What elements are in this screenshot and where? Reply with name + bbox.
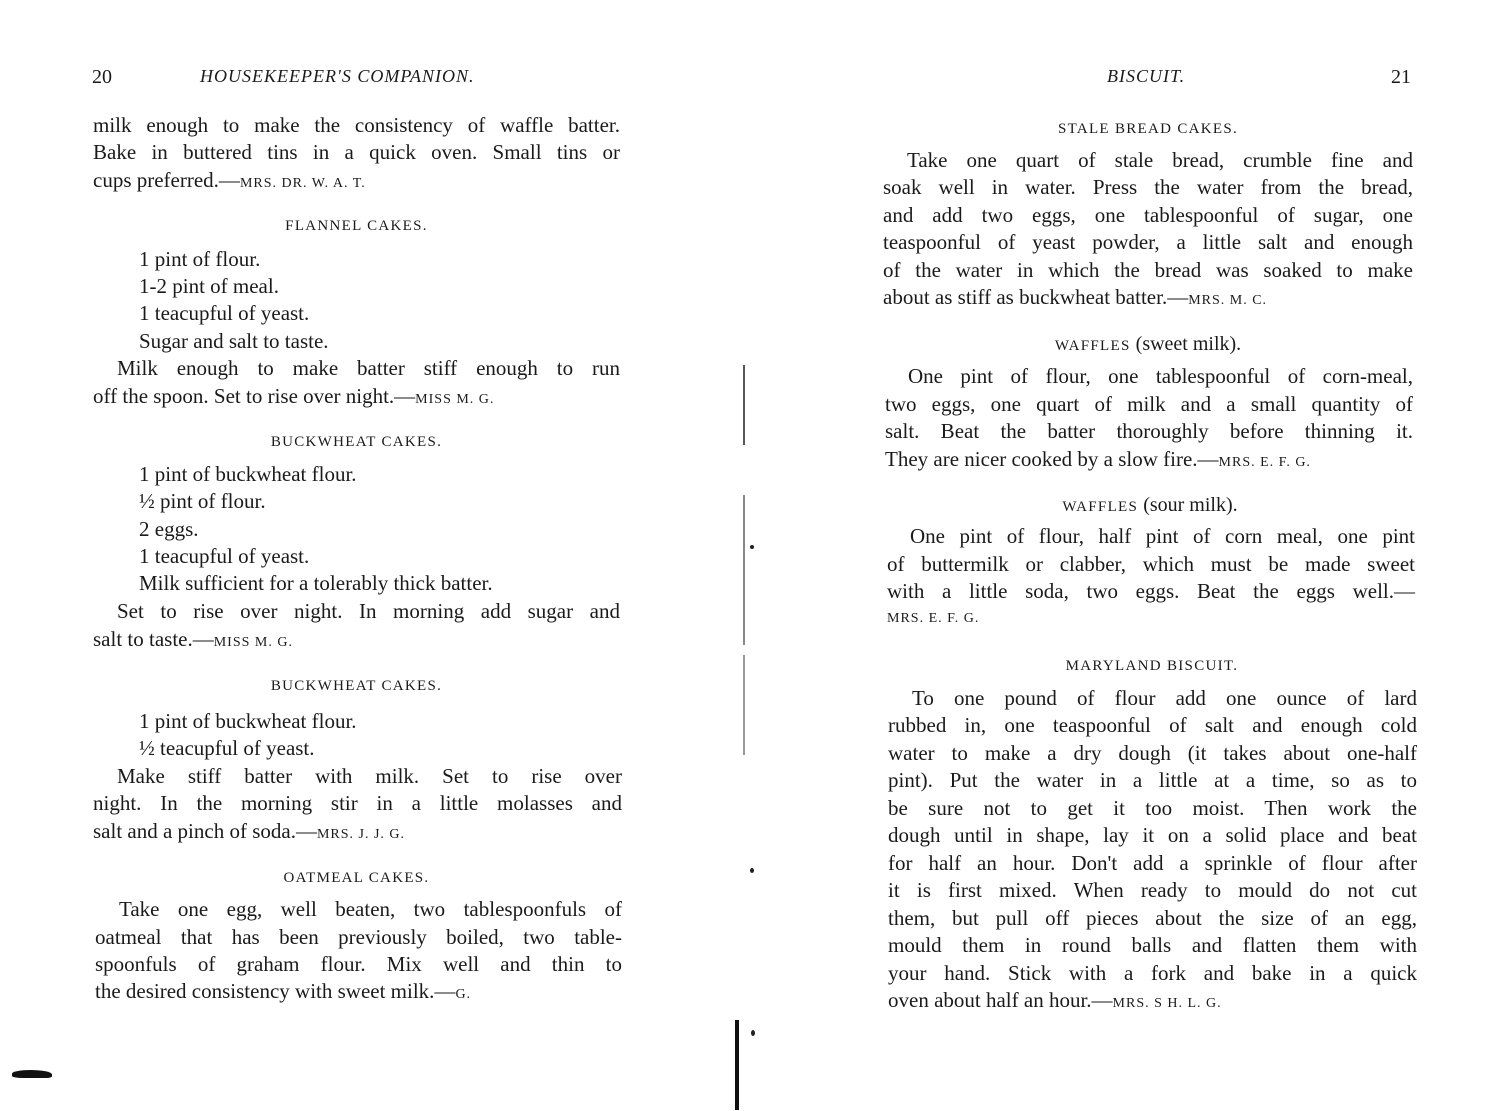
text-line: Take one quart of stale bread, crumble f… xyxy=(907,146,1413,174)
text-line: about as stiff as buckwheat batter.—MRS.… xyxy=(883,283,1267,315)
text-line: milk enough to make the consistency of w… xyxy=(93,111,620,139)
text-line: oven about half an hour.—MRS. S H. L. G. xyxy=(888,986,1222,1018)
gutter-line xyxy=(743,655,745,755)
text-line: cups preferred.—MRS. DR. W. A. T. xyxy=(93,166,366,198)
page-number: 21 xyxy=(1391,66,1411,89)
right-page: BISCUIT. 21 STALE BREAD CAKES. Take one … xyxy=(750,0,1500,1111)
text-line: pint). Put the water in a little at a ti… xyxy=(888,766,1417,794)
signature: MRS. E. F. G. xyxy=(887,605,979,633)
ingredient: 1-2 pint of meal. xyxy=(139,272,279,300)
recipe-title: WAFFLES (sour milk). xyxy=(885,494,1415,517)
ingredient: ½ pint of flour. xyxy=(139,487,266,515)
gutter-line xyxy=(743,365,745,445)
text-line: water to make a dry dough (it takes abou… xyxy=(888,739,1417,767)
text-line: oatmeal that has been previously boiled,… xyxy=(95,923,622,951)
signature: MRS. DR. W. A. T. xyxy=(240,176,366,191)
ingredient: 1 teacupful of yeast. xyxy=(139,299,309,327)
recipe-title: BUCKWHEAT CAKES. xyxy=(93,678,620,695)
gutter-line xyxy=(743,495,745,645)
text-line: your hand. Stick with a fork and bake in… xyxy=(888,959,1417,987)
recipe-title: FLANNEL CAKES. xyxy=(93,218,620,235)
running-head: BISCUIT. xyxy=(1107,66,1185,87)
text-line: the desired consistency with sweet milk.… xyxy=(95,977,471,1009)
text-line: Set to rise over night. In morning add s… xyxy=(117,597,620,625)
text-line: of buttermilk or clabber, which must be … xyxy=(887,550,1415,578)
text-line: of the water in which the bread was soak… xyxy=(883,256,1413,284)
text-line: with a little soda, two eggs. Beat the e… xyxy=(887,577,1415,605)
recipe-title: BUCKWHEAT CAKES. xyxy=(93,434,620,451)
text-line: One pint of flour, one tablespoonful of … xyxy=(908,362,1413,390)
ingredient: Sugar and salt to taste. xyxy=(139,327,329,355)
text-line: mould them in round balls and flatten th… xyxy=(888,931,1417,959)
ingredient: ½ teacupful of yeast. xyxy=(139,734,315,762)
left-page: 20 HOUSEKEEPER'S COMPANION. milk enough … xyxy=(0,0,740,1111)
signature: MRS. J. J. G. xyxy=(317,827,405,842)
text-line: They are nicer cooked by a slow fire.—MR… xyxy=(885,445,1311,477)
text-line: rubbed in, one teaspoonful of salt and e… xyxy=(888,711,1417,739)
text-line: it is first mixed. When ready to mould d… xyxy=(888,876,1417,904)
recipe-subtitle: (sweet milk). xyxy=(1136,333,1242,355)
ink-smudge xyxy=(12,1070,52,1078)
recipe-title: STALE BREAD CAKES. xyxy=(883,121,1413,138)
text-line: teaspoonful of yeast powder, a little sa… xyxy=(883,228,1413,256)
text-line: Milk enough to make batter stiff enough … xyxy=(117,354,620,382)
recipe-title: WAFFLES (sweet milk). xyxy=(883,333,1413,356)
gutter-line xyxy=(735,1020,739,1110)
ingredient: 1 pint of buckwheat flour. xyxy=(139,460,357,488)
text-line: salt. Beat the batter thoroughly before … xyxy=(885,417,1413,445)
ingredient: Milk sufficient for a tolerably thick ba… xyxy=(139,569,493,597)
signature: G. xyxy=(455,987,471,1002)
text-line: for half an hour. Don't add a sprinkle o… xyxy=(888,849,1417,877)
text-line: spoonfuls of graham flour. Mix well and … xyxy=(95,950,622,978)
text-line: and add two eggs, one tablespoonful of s… xyxy=(883,201,1413,229)
signature: MRS. S H. L. G. xyxy=(1113,996,1222,1011)
recipe-title: OATMEAL CAKES. xyxy=(93,870,620,887)
text-line: To one pound of flour add one ounce of l… xyxy=(912,684,1417,712)
text-line: dough until in shape, lay it on a solid … xyxy=(888,821,1417,849)
text-line: them, but pull off pieces about the size… xyxy=(888,904,1417,932)
text-line: be sure not to get it too moist. Then wo… xyxy=(888,794,1417,822)
text-line: off the spoon. Set to rise over night.—M… xyxy=(93,382,494,414)
ingredient: 1 pint of flour. xyxy=(139,245,260,273)
signature: MISS M. G. xyxy=(214,635,293,650)
text-line: Take one egg, well beaten, two tablespoo… xyxy=(119,895,622,923)
ingredient: 1 teacupful of yeast. xyxy=(139,542,309,570)
recipe-subtitle: (sour milk). xyxy=(1143,494,1237,516)
text-line: salt and a pinch of soda.—MRS. J. J. G. xyxy=(93,817,405,849)
text-line: Make stiff batter with milk. Set to rise… xyxy=(117,762,622,790)
ingredient: 2 eggs. xyxy=(139,515,199,543)
running-head: HOUSEKEEPER'S COMPANION. xyxy=(200,66,475,87)
text-line: night. In the morning stir in a little m… xyxy=(93,789,622,817)
text-line: salt to taste.—MISS M. G. xyxy=(93,625,293,657)
recipe-title: MARYLAND BISCUIT. xyxy=(887,658,1417,675)
signature: MISS M. G. xyxy=(415,392,494,407)
text-line: soak well in water. Press the water from… xyxy=(883,173,1413,201)
ingredient: 1 pint of buckwheat flour. xyxy=(139,707,357,735)
signature: MRS. E. F. G. xyxy=(1219,455,1311,470)
text-line: One pint of flour, half pint of corn mea… xyxy=(910,522,1415,550)
page-number: 20 xyxy=(92,66,112,89)
text-line: Bake in buttered tins in a quick oven. S… xyxy=(93,138,620,166)
text-line: two eggs, one quart of milk and a small … xyxy=(885,390,1413,418)
signature: MRS. M. C. xyxy=(1188,293,1267,308)
